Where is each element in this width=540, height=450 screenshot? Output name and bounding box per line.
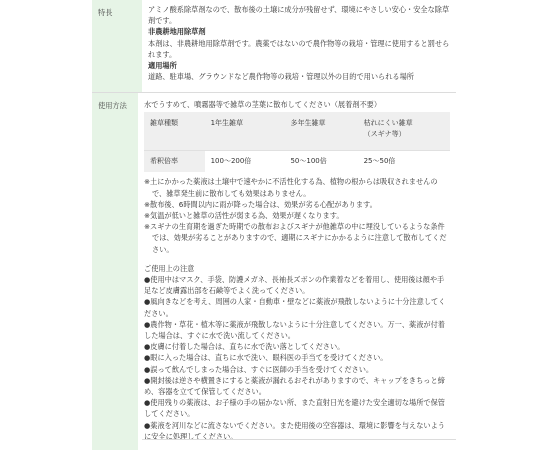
spec-label-usage: 使用方法 — [92, 93, 138, 450]
spec-label-features: 特長 — [92, 0, 142, 92]
dilution-table-row: 希釈倍率 100～200倍 50～100倍 25～50倍 — [144, 151, 450, 173]
caution-item: ●誤って飲んでしまった場合は、すぐに医師の手当を受けてください。 — [144, 364, 450, 375]
features-heading-non-agricultural: 非農耕地用除草剤 — [148, 26, 450, 37]
dilution-header-cell: 雑草種類 — [144, 112, 205, 151]
caution-item: ●風向きなどを考え、周囲の人家・自動車・壁などに薬液が飛散しないように十分注意し… — [144, 296, 450, 318]
caution-item: ●使用残りの薬液は、お子様の手の届かない所、また直射日光を避けた安全適切な場所で… — [144, 397, 450, 419]
spec-row-features: 特長 アミノ酸系除草剤なので、散布後の土壌に成分が残留せず、環境にやさしい安心・… — [92, 0, 456, 93]
dilution-table-header: 雑草種類 1年生雑草 多年生雑草 枯れにくい雑草 （スギナ等） — [144, 112, 450, 151]
features-text-applicable-places: 道路、駐車場、グラウンドなど農作物等の栽培・管理以外の目的で用いられる場所 — [148, 71, 450, 82]
caution-item: ●農作物・草花・植木等に薬液が飛散しないように十分注意してください。万一、薬液が… — [144, 319, 450, 341]
dilution-cell: 25～50倍 — [358, 151, 450, 173]
dilution-row-label: 希釈倍率 — [144, 151, 205, 173]
usage-note: ※散布後、6時間以内に雨が降った場合は、効果が劣る心配があります。 — [144, 199, 450, 210]
dilution-header-cell: 枯れにくい雑草 （スギナ等） — [358, 112, 450, 151]
dilution-cell: 100～200倍 — [205, 151, 285, 173]
spacer — [144, 255, 450, 263]
usage-note: ※スギナの生育期を過ぎた時期での散布およびスギナが他雑草の中に埋没しているような… — [144, 221, 450, 255]
usage-note: ※土にかかった薬液は土壌中で速やかに不活性化する為、植物の根からは吸収されません… — [144, 176, 450, 198]
dilution-header-cell: 多年生雑草 — [284, 112, 357, 151]
product-spec-table: 特長 アミノ酸系除草剤なので、散布後の土壌に成分が残留せず、環境にやさしい安心・… — [92, 0, 456, 450]
dilution-header-cell: 1年生雑草 — [205, 112, 285, 151]
usage-note: ※気温が低いと雑草の活性が弱まる為、効果が遅くなります。 — [144, 210, 450, 221]
spec-row-usage: 使用方法 水でうすめて、噴霧器等で雑草の茎葉に散布してください（展着剤不要） 雑… — [92, 93, 456, 450]
dilution-cell: 50～100倍 — [284, 151, 357, 173]
caution-item: ●開封後は逆さや横置きにすると薬液が漏れるおそれがありますので、キャップをきちっ… — [144, 375, 450, 397]
caution-heading: ご使用上の注意 — [144, 263, 450, 274]
spec-value-features: アミノ酸系除草剤なので、散布後の土壌に成分が残留せず、環境にやさしい安心・安全な… — [142, 0, 456, 92]
dilution-table: 雑草種類 1年生雑草 多年生雑草 枯れにくい雑草 （スギナ等） 希釈倍率 100… — [144, 112, 450, 172]
caution-item: ●皮膚に付着した場合は、直ちに水で洗い落としてください。 — [144, 341, 450, 352]
usage-intro: 水でうすめて、噴霧器等で雑草の茎葉に散布してください（展着剤不要） — [144, 99, 450, 110]
features-heading-applicable-places: 適用場所 — [148, 60, 450, 71]
divider — [142, 439, 456, 440]
features-intro: アミノ酸系除草剤なので、散布後の土壌に成分が残留せず、環境にやさしい安心・安全な… — [148, 4, 450, 26]
caution-item: ●使用中はマスク、手袋、防護メガネ、長袖長ズボンの作業着などを着用し、使用後は顔… — [144, 274, 450, 296]
caution-item: ●眼に入った場合は、直ちに水で洗い、眼科医の手当てを受けてください。 — [144, 352, 450, 363]
features-text-non-agricultural: 本剤は、非農耕地用除草剤です。農薬ではないので農作物等の栽培・管理に使用すると罰… — [148, 38, 450, 60]
spec-value-usage: 水でうすめて、噴霧器等で雑草の茎葉に散布してください（展着剤不要） 雑草種類 1… — [138, 93, 456, 450]
